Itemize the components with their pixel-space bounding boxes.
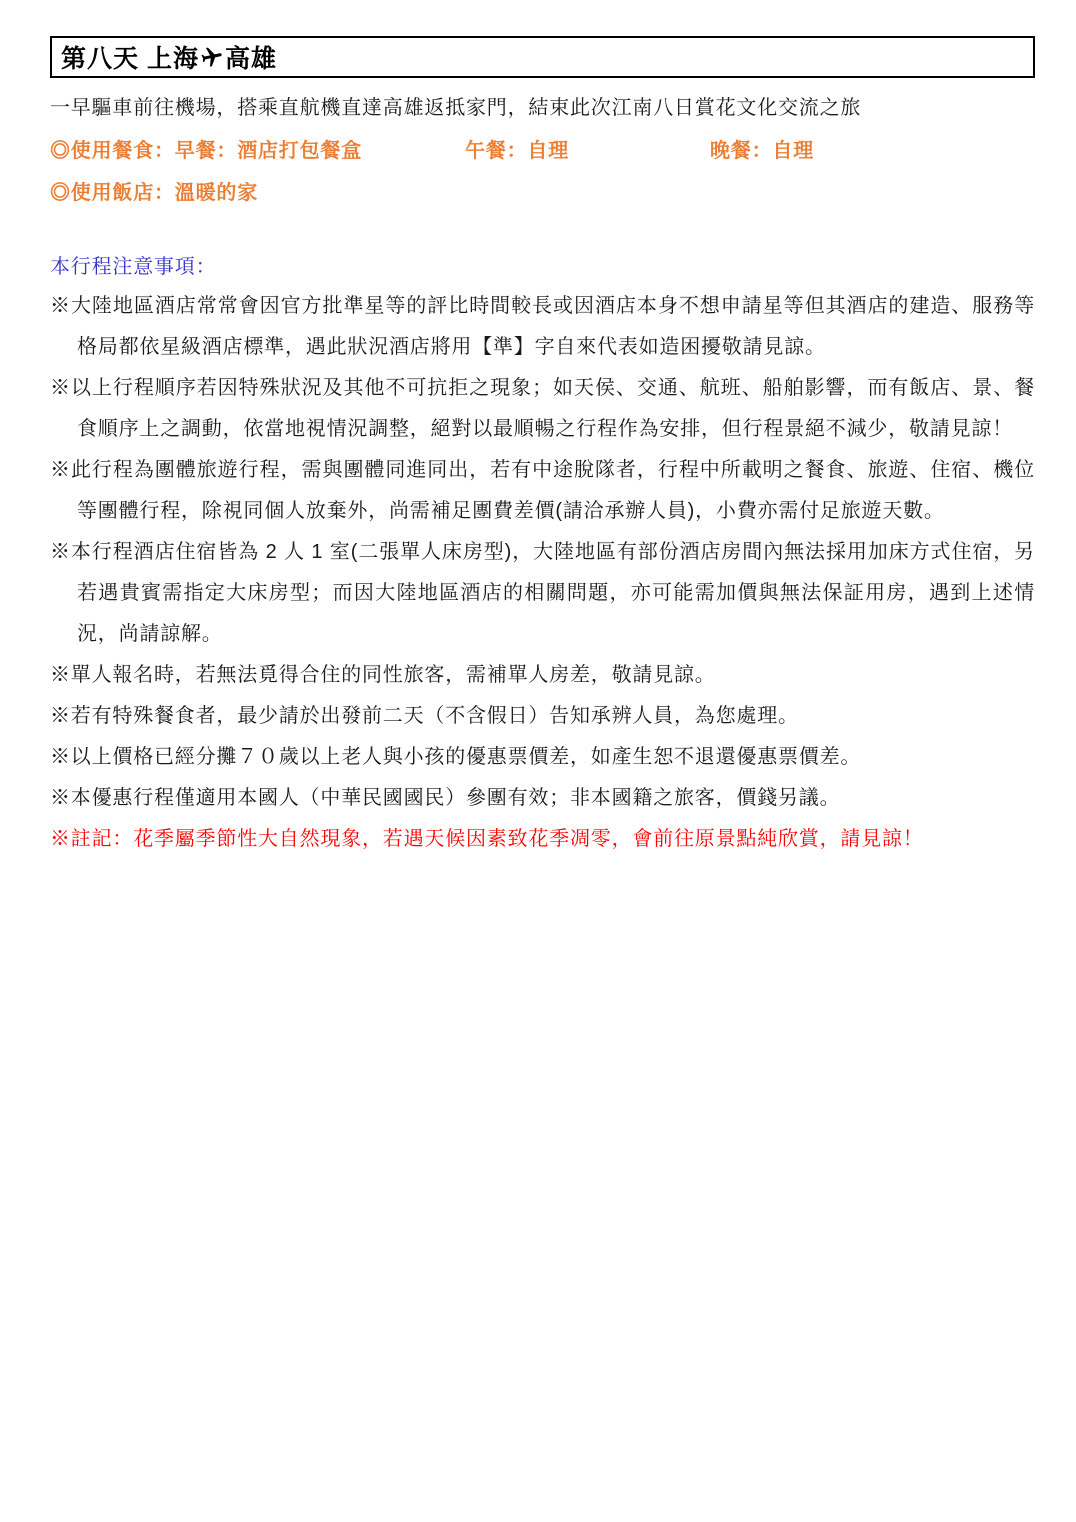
hotel-line: ◎使用飯店：溫暖的家 xyxy=(50,179,1035,207)
note-item: ※大陸地區酒店常常會因官方批準星等的評比時間較長或因酒店本身不想申請星等但其酒店… xyxy=(50,286,1035,368)
meal-breakfast: ◎使用餐食：早餐：酒店打包餐盒 xyxy=(50,137,465,165)
note-item: ※單人報名時，若無法覓得合住的同性旅客，需補單人房差，敬請見諒。 xyxy=(50,655,1035,696)
note-item: ※以上價格已經分攤７０歲以上老人與小孩的優惠票價差，如產生恕不退還優惠票價差。 xyxy=(50,737,1035,778)
itinerary-page: 第八天 上海 高雄 一早驅車前往機場，搭乘直航機直達高雄返抵家門，結束此次江南八… xyxy=(0,0,1076,1522)
meal-lunch: 午餐：自理 xyxy=(465,137,710,165)
meals-line: ◎使用餐食：早餐：酒店打包餐盒 午餐：自理 晚餐：自理 xyxy=(50,137,1035,165)
note-item: ※此行程為團體旅遊行程，需與團體同進同出，若有中途脫隊者，行程中所載明之餐食、旅… xyxy=(50,450,1035,532)
note-item-special: ※註記：花季屬季節性大自然現象，若遇天候因素致花季凋零，會前往原景點純欣賞，請見… xyxy=(50,819,1035,860)
notices-list: ※大陸地區酒店常常會因官方批準星等的評比時間較長或因酒店本身不想申請星等但其酒店… xyxy=(50,286,1035,860)
note-item: ※以上行程順序若因特殊狀況及其他不可抗拒之現象；如天侯、交通、航班、船舶影響，而… xyxy=(50,368,1035,450)
intro-text: 一早驅車前往機場，搭乘直航機直達高雄返抵家門，結束此次江南八日賞花文化交流之旅 xyxy=(50,94,1035,122)
note-item: ※若有特殊餐食者，最少請於出發前二天（不含假日）告知承辨人員，為您處理。 xyxy=(50,696,1035,737)
note-item: ※本優惠行程僅適用本國人（中華民國國民）參團有效；非本國籍之旅客，價錢另議。 xyxy=(50,778,1035,819)
airplane-icon xyxy=(200,45,224,69)
page-content: 第八天 上海 高雄 一早驅車前往機場，搭乘直航機直達高雄返抵家門，結束此次江南八… xyxy=(50,36,1035,860)
note-item: ※本行程酒店住宿皆為 2 人 1 室(二張單人床房型)，大陸地區有部份酒店房間內… xyxy=(50,532,1035,655)
day-title-box: 第八天 上海 高雄 xyxy=(50,36,1035,78)
notices-heading: 本行程注意事項： xyxy=(50,253,1035,281)
day-title-suffix: 高雄 xyxy=(225,39,277,75)
meal-dinner: 晚餐：自理 xyxy=(710,137,814,165)
day-title-prefix: 第八天 上海 xyxy=(61,39,199,75)
